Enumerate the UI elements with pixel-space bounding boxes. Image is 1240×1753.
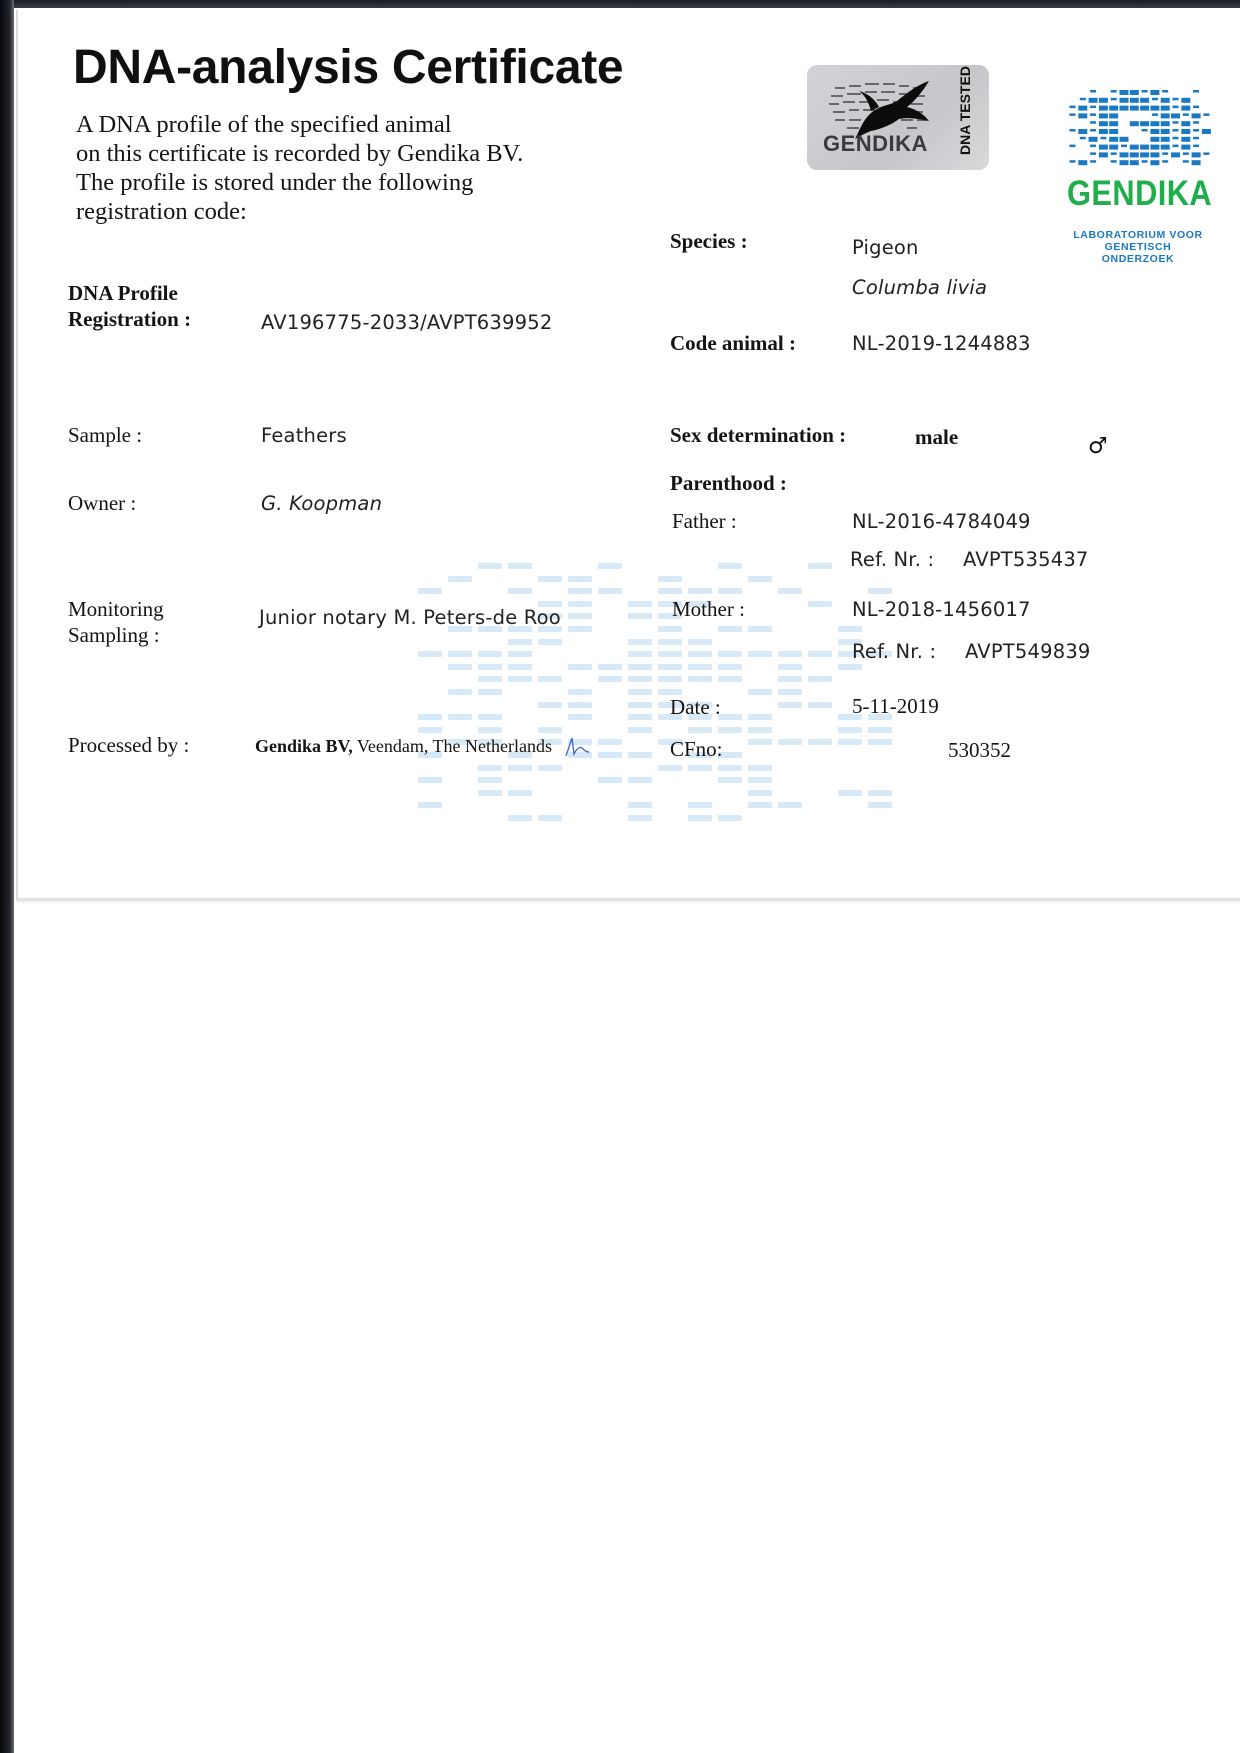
signature-mark — [564, 732, 590, 760]
logo-tagline-line: GENETISCH ONDERZOEK — [1068, 241, 1208, 265]
species-label: Species : — [670, 228, 748, 254]
blank-page-area — [12, 900, 1240, 1753]
sticker-brand-name: GENDIKA — [823, 131, 928, 157]
processed-by-label: Processed by : — [68, 732, 189, 758]
dna-tested-sticker: GENDIKA DNA TESTED — [807, 65, 989, 170]
code-animal-label: Code animal : — [670, 330, 796, 356]
monitoring-label: Monitoring Sampling : — [68, 596, 164, 648]
processed-by-company: Gendika BV, — [255, 736, 353, 756]
owner-label: Owner : — [68, 490, 136, 516]
species-scientific-name: Columba livia — [852, 276, 987, 300]
processed-by-location: Veendam, The Netherlands — [353, 736, 552, 756]
intro-line: registration code: — [76, 197, 596, 226]
species-common-name: Pigeon — [852, 236, 919, 260]
registration-label-line: DNA Profile — [68, 280, 191, 306]
intro-line: The profile is stored under the followin… — [76, 168, 596, 197]
scan-border-left — [0, 0, 14, 1753]
logo-tagline-line: LABORATORIUM VOOR — [1068, 229, 1208, 241]
code-animal-value: NL-2019-1244883 — [852, 332, 1031, 356]
intro-line: on this certificate is recorded by Gendi… — [76, 139, 596, 168]
mother-ref-label: Ref. Nr. : — [852, 640, 936, 664]
intro-line: A DNA profile of the specified animal — [76, 110, 596, 139]
gendika-g-logo-icon — [1068, 90, 1213, 170]
certificate-intro: A DNA profile of the specified animal on… — [76, 110, 596, 226]
mother-label: Mother : — [672, 596, 745, 622]
owner-value: G. Koopman — [261, 492, 382, 516]
monitoring-value: Junior notary M. Peters-de Roo — [259, 606, 561, 630]
father-ref-label: Ref. Nr. : — [850, 548, 934, 572]
father-value: NL-2016-4784049 — [852, 510, 1031, 534]
registration-value: AV196775-2033/AVPT639952 — [261, 311, 552, 335]
monitoring-label-line: Sampling : — [68, 622, 164, 648]
processed-by-value: Gendika BV, Veendam, The Netherlands — [255, 736, 552, 757]
date-value: 5-11-2019 — [852, 693, 939, 719]
scan-border-top — [0, 0, 1240, 8]
registration-label: DNA Profile Registration : — [68, 280, 191, 332]
parenthood-label: Parenthood : — [670, 470, 787, 496]
sex-determination-value: male — [915, 424, 958, 450]
sticker-dna-tested-label: DNA TESTED — [957, 66, 973, 155]
father-label: Father : — [672, 508, 737, 534]
sample-value: Feathers — [261, 424, 347, 448]
father-ref-value: AVPT535437 — [963, 548, 1089, 572]
mother-ref-value: AVPT549839 — [965, 640, 1091, 664]
dna-watermark — [418, 555, 898, 845]
cfno-value: 530352 — [948, 737, 1011, 763]
logo-tagline: LABORATORIUM VOOR GENETISCH ONDERZOEK — [1068, 229, 1208, 265]
monitoring-label-line: Monitoring — [68, 596, 164, 622]
certificate-title: DNA-analysis Certificate — [73, 40, 623, 95]
sex-determination-label: Sex determination : — [670, 422, 846, 448]
date-label: Date : — [670, 694, 721, 720]
cfno-label: CFno: — [670, 736, 723, 762]
mother-value: NL-2018-1456017 — [852, 598, 1031, 622]
sample-label: Sample : — [68, 422, 142, 448]
certificate-card: DNA-analysis Certificate A DNA profile o… — [16, 10, 1240, 901]
registration-label-line: Registration : — [68, 306, 191, 332]
logo-brand-name: GENDIKA — [1067, 174, 1212, 214]
male-symbol-icon: ♂ — [1088, 434, 1108, 459]
